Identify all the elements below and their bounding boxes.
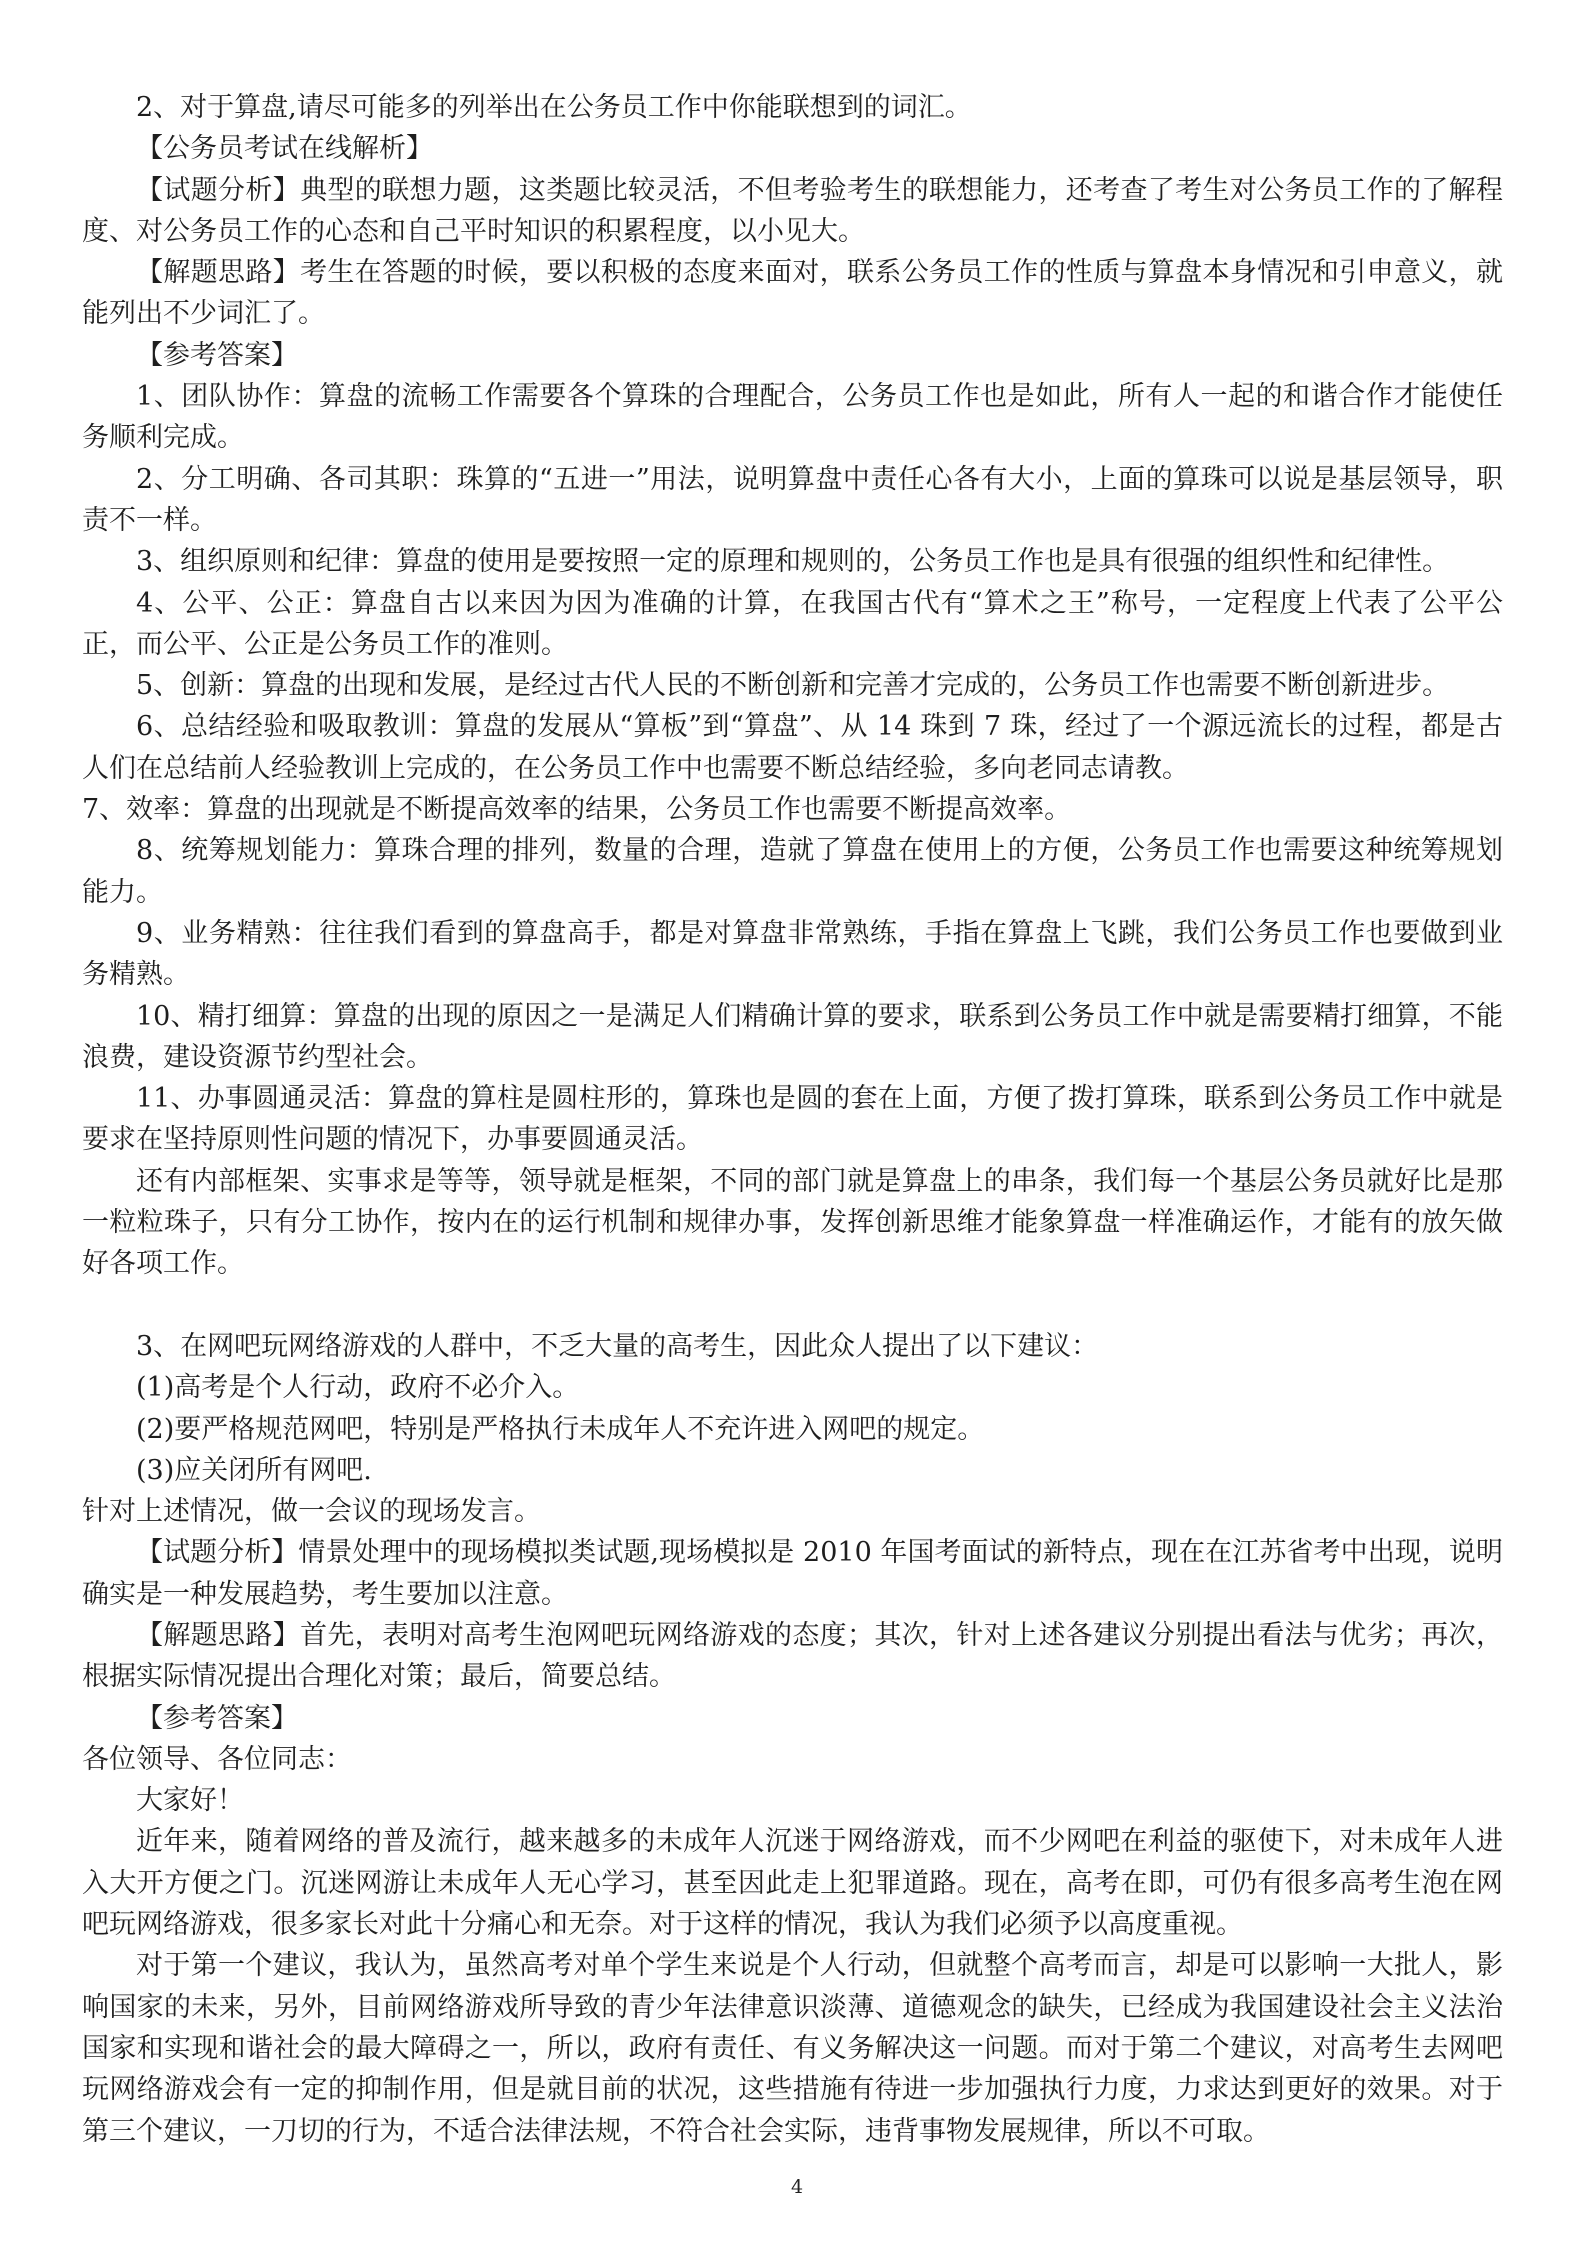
answer-item: 1、团队协作：算盘的流畅工作需要各个算珠的合理配合，公务员工作也是如此，所有人一… bbox=[82, 376, 1503, 459]
question-3-analysis: 【试题分析】情景处理中的现场模拟类试题,现场模拟是 2010 年国考面试的新特点… bbox=[82, 1532, 1503, 1615]
answer-item: 9、业务精熟：往往我们看到的算盘高手，都是对算盘非常熟练，手指在算盘上飞跳，我们… bbox=[82, 913, 1503, 996]
question-2-answer-heading: 【参考答案】 bbox=[82, 335, 1503, 376]
answer-item: 10、精打细算：算盘的出现的原因之一是满足人们精确计算的要求，联系到公务员工作中… bbox=[82, 996, 1503, 1079]
question-3-prompt: 针对上述情况，做一会议的现场发言。 bbox=[82, 1491, 1503, 1532]
speech-paragraph: 对于第一个建议，我认为，虽然高考对单个学生来说是个人行动，但就整个高考而言，却是… bbox=[82, 1945, 1503, 2151]
speech-greeting: 大家好！ bbox=[82, 1780, 1503, 1821]
answer-item: 7、效率：算盘的出现就是不断提高效率的结果，公务员工作也需要不断提高效率。 bbox=[82, 789, 1503, 830]
question-2-approach: 【解题思路】考生在答题的时候，要以积极的态度来面对，联系公务员工作的性质与算盘本… bbox=[82, 252, 1503, 335]
option-item: (3)应关闭所有网吧. bbox=[82, 1450, 1503, 1491]
answer-item: 4、公平、公正：算盘自古以来因为因为准确的计算，在我国古代有“算术之王”称号，一… bbox=[82, 583, 1503, 666]
answer-item: 3、组织原则和纪律：算盘的使用是要按照一定的原理和规则的，公务员工作也是具有很强… bbox=[82, 541, 1503, 582]
question-3: 3、在网吧玩网络游戏的人群中，不乏大量的高考生，因此众人提出了以下建议： bbox=[82, 1326, 1503, 1367]
question-3-approach: 【解题思路】首先，表明对高考生泡网吧玩网络游戏的态度；其次，针对上述各建议分别提… bbox=[82, 1615, 1503, 1698]
analysis-source-heading: 【公务员考试在线解析】 bbox=[82, 128, 1503, 169]
page-number: 4 bbox=[0, 2176, 1594, 2198]
answer-item: 5、创新：算盘的出现和发展，是经过古代人民的不断创新和完善才完成的，公务员工作也… bbox=[82, 665, 1503, 706]
answer-item: 8、统筹规划能力：算珠合理的排列，数量的合理，造就了算盘在使用上的方便，公务员工… bbox=[82, 830, 1503, 913]
speech-paragraph: 近年来，随着网络的普及流行，越来越多的未成年人沉迷于网络游戏，而不少网吧在利益的… bbox=[82, 1821, 1503, 1945]
option-item: (1)高考是个人行动，政府不必介入。 bbox=[82, 1367, 1503, 1408]
option-item: (2)要严格规范网吧，特别是严格执行未成年人不充许进入网吧的规定。 bbox=[82, 1409, 1503, 1450]
question-2: 2、对于算盘,请尽可能多的列举出在公务员工作中你能联想到的词汇。 bbox=[82, 87, 1503, 128]
document-page: 2、对于算盘,请尽可能多的列举出在公务员工作中你能联想到的词汇。 【公务员考试在… bbox=[82, 87, 1503, 2152]
speech-salutation: 各位领导、各位同志： bbox=[82, 1739, 1503, 1780]
answer-item: 2、分工明确、各司其职：珠算的“五进一”用法，说明算盘中责任心各有大小，上面的算… bbox=[82, 459, 1503, 542]
answer-closing: 还有内部框架、实事求是等等，领导就是框架，不同的部门就是算盘上的串条，我们每一个… bbox=[82, 1161, 1503, 1285]
question-3-answer-heading: 【参考答案】 bbox=[82, 1698, 1503, 1739]
answer-item: 11、办事圆通灵活：算盘的算柱是圆柱形的，算珠也是圆的套在上面，方便了拨打算珠，… bbox=[82, 1078, 1503, 1161]
question-2-analysis: 【试题分析】典型的联想力题，这类题比较灵活，不但考验考生的联想能力，还考查了考生… bbox=[82, 170, 1503, 253]
answer-item: 6、总结经验和吸取教训：算盘的发展从“算板”到“算盘”、从 14 珠到 7 珠，… bbox=[82, 706, 1503, 789]
blank-line bbox=[82, 1285, 1503, 1326]
